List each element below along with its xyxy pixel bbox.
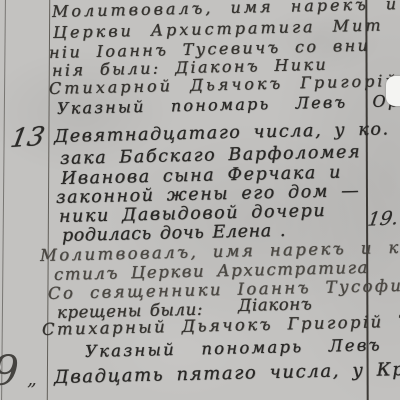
left-edge-rule xyxy=(1,0,6,400)
entry-number-13: 13 xyxy=(8,122,47,154)
handwritten-line-d1: Двадцать пятаго числа, у Кр xyxy=(54,359,400,388)
handwritten-diakon-fragment: Діаконъ xyxy=(238,294,313,315)
white-patch xyxy=(386,76,400,106)
ditto-mark: „ xyxy=(27,368,37,390)
register-page-scan: Молитвовалъ, имя нарекъ и кре Церкви Арх… xyxy=(0,0,400,400)
handwritten-line-c6: Указный пономарь Левъ Ор: xyxy=(85,334,400,361)
left-edge-numeral-fragment: 9 xyxy=(0,345,20,396)
right-column-entry-number: 19. xyxy=(366,207,400,231)
